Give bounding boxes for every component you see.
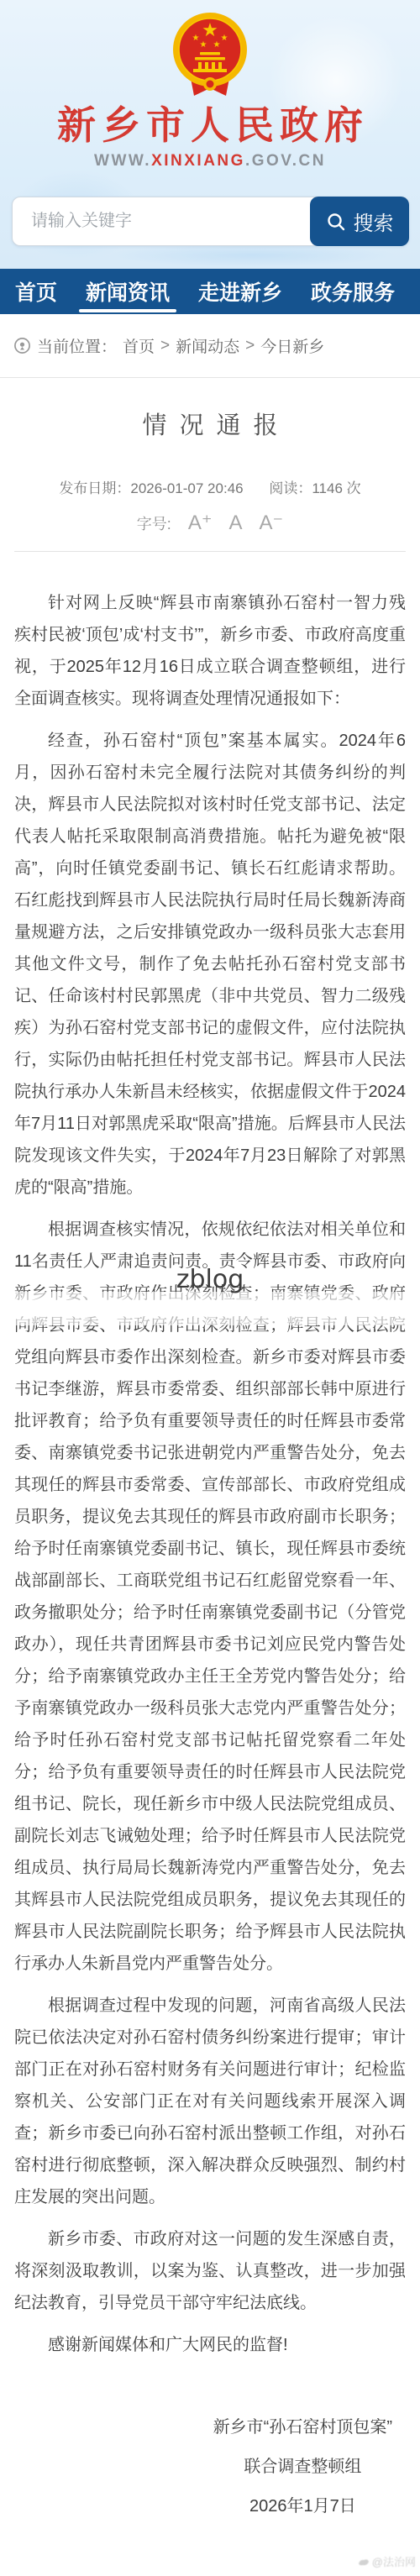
nav-item-gov-services[interactable]: 政务服务 [311, 269, 395, 314]
site-url: WWW.XINXIANG.GOV.CN [0, 152, 420, 171]
article-paragraph: 新乡市委、市政府对这一问题的发生深感自责，将深刻汲取教训，以案为鉴、认真整改，进… [14, 2223, 406, 2319]
article-paragraph: 根据调查核实情况，依规依纪依法对相关单位和11名责任人严肃追责问责。责令辉县市委… [14, 1214, 406, 1980]
page: ★ ★ ★ ★ ★ 新乡市人民政府 WWW.XINXIANG.GOV.CN [0, 0, 420, 2576]
article-body: 针对网上反映“辉县市南寨镇孙石窑村一智力残疾村民被‘顶包’成‘村支书’”，新乡市… [14, 587, 406, 2361]
zblog-watermark: zblog [0, 1265, 420, 1294]
url-domain: XINXIANG [151, 152, 245, 170]
corner-watermark: @法治网 [358, 2553, 416, 2569]
location-icon [13, 337, 31, 354]
divider [14, 551, 406, 552]
page-title: 情况通报 [14, 407, 406, 441]
breadcrumb-separator: > [245, 337, 255, 355]
watermark-overlay-strip [0, 1292, 420, 1325]
site-name: 新乡市人民政府 [0, 102, 420, 149]
article-paragraph: 根据调查过程中发现的问题，河南省高级人民法院已依法决定对孙石窑村债务纠纷案进行提… [14, 1990, 406, 2213]
search-icon [326, 212, 346, 232]
article-paragraph: 感谢新闻媒体和广大网民的监督! [14, 2329, 406, 2361]
breadcrumb: 当前位置： 首页 > 新闻动态 > 今日新乡 [0, 314, 420, 378]
svg-text:★: ★ [192, 34, 200, 43]
site-header: ★ ★ ★ ★ ★ 新乡市人民政府 WWW.XINXIANG.GOV.CN [0, 0, 420, 269]
article: 情况通报 发布日期：2026-01-07 20:46 阅读：1146 次 字号:… [0, 407, 420, 2548]
font-size-decrease-button[interactable]: A⁻ [260, 513, 284, 533]
signature-org-line1: 新乡市“孙石窑村顶包案” [213, 2408, 392, 2447]
font-size-label: 字号: [137, 512, 171, 534]
article-meta: 发布日期：2026-01-07 20:46 阅读：1146 次 [14, 476, 406, 497]
signature-block: 新乡市“孙石窑村顶包案” 联合调查整顿组 2026年1月7日 [213, 2408, 392, 2548]
read-count: 阅读：1146 次 [269, 480, 360, 496]
url-suffix: .GOV.CN [245, 152, 326, 170]
breadcrumb-prefix: 当前位置： [37, 334, 117, 357]
corner-watermark-icon [358, 2557, 370, 2567]
search-button-label: 搜索 [354, 207, 394, 236]
article-paragraph: 针对网上反映“辉县市南寨镇孙石窑村一智力残疾村民被‘顶包’成‘村支书’”，新乡市… [14, 587, 406, 715]
search-bar: 搜索 [12, 197, 409, 246]
national-emblem-icon: ★ ★ ★ ★ ★ [0, 0, 420, 99]
svg-text:★: ★ [202, 19, 218, 40]
nav-item-about-xinxiang[interactable]: 走进新乡 [198, 269, 282, 314]
article-paragraph: 经查，孙石窑村“顶包”案基本属实。2024年6月，因孙石窑村未完全履行法院对其债… [14, 725, 406, 1204]
signature-date: 2026年1月7日 [213, 2487, 392, 2526]
url-www: WWW. [94, 152, 151, 170]
nav-item-news[interactable]: 新闻资讯 [86, 269, 170, 314]
font-size-normal-button[interactable]: A [229, 513, 243, 533]
font-size-controls: 字号: A⁺ A A⁻ [14, 512, 406, 534]
svg-text:★: ★ [213, 40, 221, 50]
search-button[interactable]: 搜索 [310, 197, 409, 246]
breadcrumb-today-xinxiang[interactable]: 今日新乡 [260, 334, 324, 357]
font-size-increase-button[interactable]: A⁺ [188, 513, 213, 533]
nav-item-home[interactable]: 首页 [15, 269, 57, 314]
publish-date: 发布日期：2026-01-07 20:46 [59, 480, 243, 496]
search-input[interactable] [13, 197, 310, 245]
breadcrumb-home[interactable]: 首页 [123, 334, 155, 357]
main-nav: 首页 新闻资讯 走进新乡 政务服务 互 [0, 269, 420, 314]
signature-org-line2: 联合调查整顿组 [213, 2447, 392, 2487]
breadcrumb-news-dynamics[interactable]: 新闻动态 [176, 334, 239, 357]
svg-text:★: ★ [221, 34, 228, 43]
svg-text:★: ★ [200, 40, 207, 50]
corner-watermark-text: @法治网 [372, 2553, 416, 2569]
breadcrumb-separator: > [160, 337, 170, 355]
